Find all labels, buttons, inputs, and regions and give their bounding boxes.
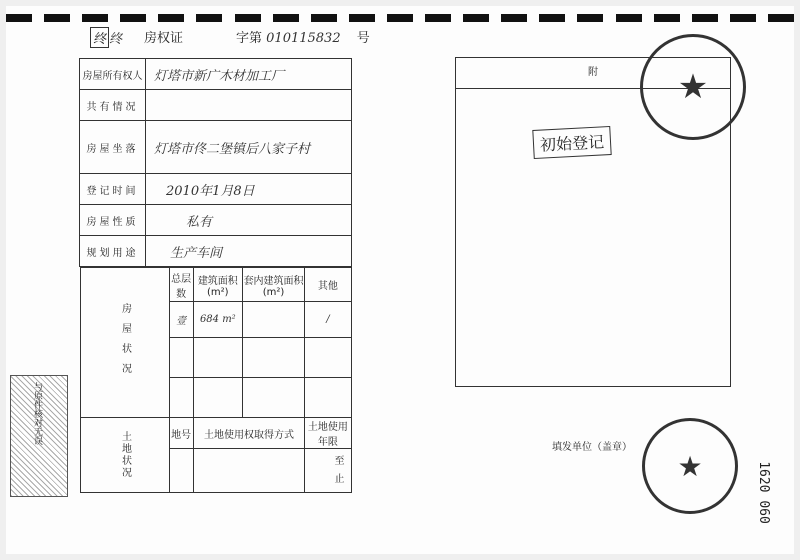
star-icon: ★ xyxy=(678,67,708,107)
label-nature: 房屋性质 xyxy=(80,205,146,236)
col-other: 其他 xyxy=(305,268,351,302)
verification-stamp: 与原件核对无误 xyxy=(10,375,68,497)
row-co-owner: 共有情况 xyxy=(80,90,352,121)
issuer-seal: ★ xyxy=(642,418,738,514)
label-co-owner: 共有情况 xyxy=(80,90,146,121)
row-reg-date: 登记时间2010年1月8日 xyxy=(80,174,352,205)
value-location: 灯塔市佟二堡镇后八家子村 xyxy=(146,121,352,174)
house-status-table: 房屋状况 总层数 建筑面积(m²) 套内建筑面积(m²) 其他 壹 684 m²… xyxy=(80,267,352,493)
value-reg-date: 2010年1月8日 xyxy=(146,174,352,205)
land-status-side: 土地状况 xyxy=(80,418,169,493)
until-top: 至 xyxy=(335,456,345,467)
value-usage: 生产车间 xyxy=(146,236,352,267)
until-bottom: 止 xyxy=(335,474,345,485)
cert-number: 字第 010115832 号 xyxy=(236,27,370,46)
row-nature: 房屋性质私有 xyxy=(80,205,352,236)
value-owner: 灯塔市新广木材加工厂 xyxy=(146,59,352,90)
owner-seal: ★ xyxy=(640,34,746,140)
row-owner: 房屋所有权人灯塔市新广木材加工厂 xyxy=(80,59,352,90)
number-label: 字第 xyxy=(236,31,262,46)
number-value: 010115832 xyxy=(266,31,340,46)
label-usage: 规划用途 xyxy=(80,236,146,267)
col-inner-area: 套内建筑面积(m²) xyxy=(242,268,304,302)
col-land-method: 土地使用权取得方式 xyxy=(193,418,305,449)
registration-stamp: 初始登记 xyxy=(532,126,611,159)
col-land-term: 土地使用年限 xyxy=(305,418,351,449)
star-icon: ★ xyxy=(677,450,702,483)
label-reg-date: 登记时间 xyxy=(80,174,146,205)
perforation-border xyxy=(6,14,794,22)
label-owner: 房屋所有权人 xyxy=(80,59,146,90)
col-area: 建筑面积(m²) xyxy=(193,268,242,302)
house-status-side: 房屋状况 xyxy=(80,268,169,418)
col-floors: 总层数 xyxy=(169,268,193,302)
label-location: 房屋坐落 xyxy=(80,121,146,174)
page-number: 1620 060 xyxy=(756,461,771,524)
value-co-owner xyxy=(146,90,352,121)
row-location: 房屋坐落灯塔市佟二堡镇后八家子村 xyxy=(80,121,352,174)
prefix-hand: 终 xyxy=(109,32,122,47)
value-nature: 私有 xyxy=(146,205,352,236)
property-table: 房屋所有权人灯塔市新广木材加工厂 共有情况 房屋坐落灯塔市佟二堡镇后八家子村 登… xyxy=(79,58,352,493)
row-usage: 规划用途生产车间 xyxy=(80,236,352,267)
prefix-stamp: 终 xyxy=(90,27,109,48)
number-suffix: 号 xyxy=(357,31,370,46)
col-land-no: 地号 xyxy=(169,418,193,449)
issuer-label: 填发单位（盖章） xyxy=(552,438,632,453)
cert-prefix: 终终 xyxy=(90,27,122,48)
cert-title: 房权证 xyxy=(144,27,183,46)
